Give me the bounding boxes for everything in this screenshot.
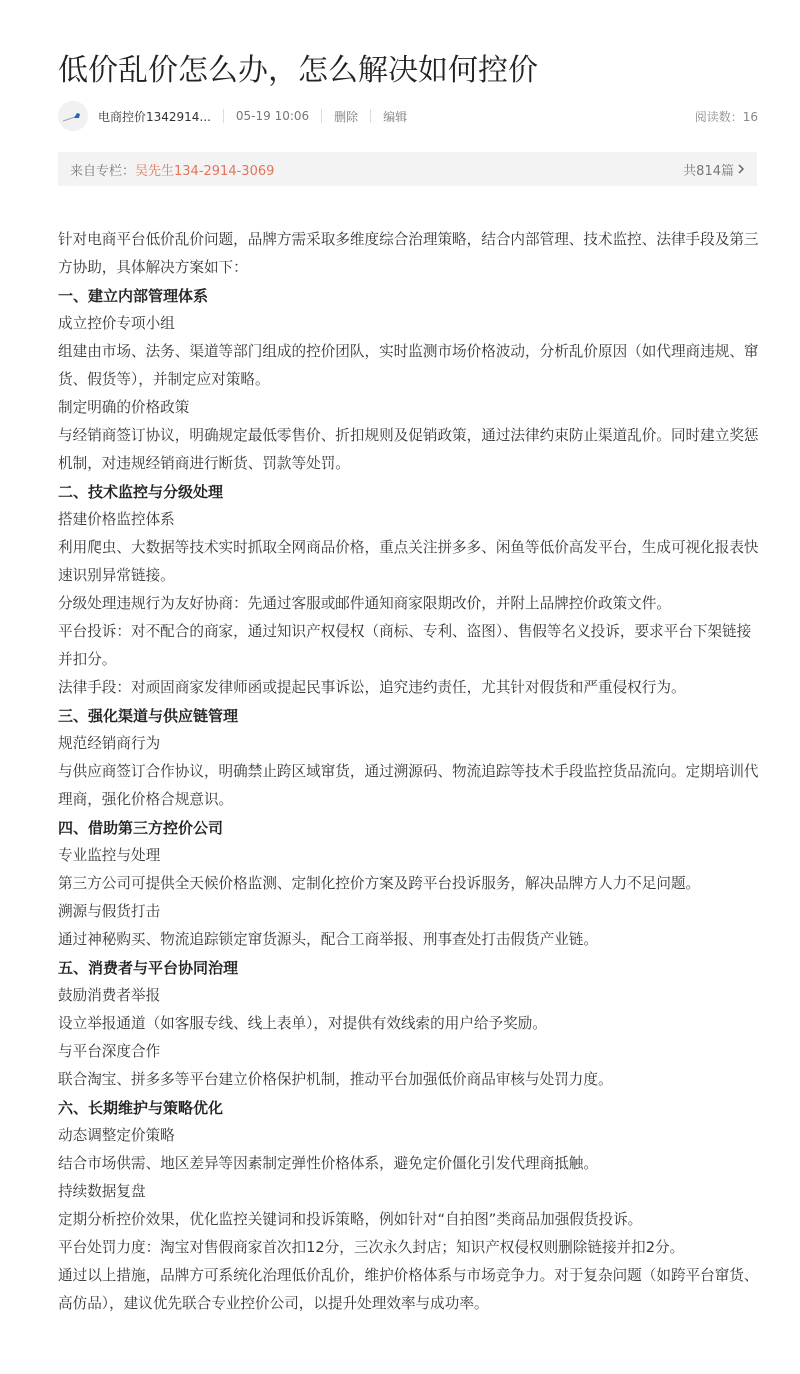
publish-date: 05-19 10:06: [236, 109, 309, 123]
paragraph: 搭建价格监控体系: [58, 506, 763, 534]
section-heading: 五、消费者与平台协同治理: [58, 954, 763, 982]
divider: [223, 109, 224, 123]
divider: [370, 109, 371, 123]
section-heading: 一、建立内部管理体系: [58, 282, 763, 310]
paragraph: 持续数据复盘: [58, 1178, 763, 1206]
paragraph: 针对电商平台低价乱价问题，品牌方需采取多维度综合治理策略，结合内部管理、技术监控…: [58, 226, 763, 282]
paragraph: 组建由市场、法务、渠道等部门组成的控价团队，实时监测市场价格波动，分析乱价原因（…: [58, 338, 763, 394]
chevron-right-icon: [737, 164, 745, 174]
article-body: 针对电商平台低价乱价问题，品牌方需采取多维度综合治理策略，结合内部管理、技术监控…: [58, 226, 763, 1318]
paragraph: 与平台深度合作: [58, 1038, 763, 1066]
paragraph: 结合市场供需、地区差异等因素制定弹性价格体系，避免定价僵化引发代理商抵触。: [58, 1150, 763, 1178]
paragraph: 鼓励消费者举报: [58, 982, 763, 1010]
paragraph: 利用爬虫、大数据等技术实时抓取全网商品价格，重点关注拼多多、闲鱼等低价高发平台，…: [58, 534, 763, 590]
article-page: 低价乱价怎么办，怎么解决如何控价 电商控价1342914... 05-19 10…: [0, 0, 800, 1374]
section-heading: 三、强化渠道与供应链管理: [58, 702, 763, 730]
delete-link[interactable]: 删除: [334, 108, 358, 125]
paragraph: 联合淘宝、拼多多等平台建立价格保护机制，推动平台加强低价商品审核与处罚力度。: [58, 1066, 763, 1094]
read-count-label: 阅读数：: [695, 110, 743, 124]
paragraph: 溯源与假货打击: [58, 898, 763, 926]
column-label: 来自专栏：: [70, 160, 135, 179]
paragraph: 第三方公司可提供全天候价格监测、定制化控价方案及跨平台投诉服务，解决品牌方人力不…: [58, 870, 763, 898]
paragraph: 分级处理违规行为友好协商：先通过客服或邮件通知商家限期改价，并附上品牌控价政策文…: [58, 590, 763, 618]
paragraph: 通过以上措施，品牌方可系统化治理低价乱价，维护价格体系与市场竞争力。对于复杂问题…: [58, 1262, 763, 1318]
divider: [321, 109, 322, 123]
section-heading: 四、借助第三方控价公司: [58, 814, 763, 842]
column-name-link[interactable]: 吴先生134-2914-3069: [135, 160, 274, 179]
paragraph: 与供应商签订合作协议，明确禁止跨区域窜货，通过溯源码、物流追踪等技术手段监控货品…: [58, 758, 763, 814]
avatar[interactable]: [58, 101, 88, 131]
column-article-count: 共814篇: [683, 160, 734, 179]
column-article-count-link[interactable]: 共814篇: [683, 160, 745, 179]
paragraph: 平台投诉：对不配合的商家，通过知识产权侵权（商标、专利、盗图）、售假等名义投诉，…: [58, 618, 763, 674]
edit-link[interactable]: 编辑: [383, 108, 407, 125]
paragraph: 规范经销商行为: [58, 730, 763, 758]
paragraph: 专业监控与处理: [58, 842, 763, 870]
article-meta: 电商控价1342914... 05-19 10:06 删除 编辑 阅读数：16: [58, 100, 758, 132]
paragraph: 定期分析控价效果，优化监控关键词和投诉策略，例如针对“自拍图”类商品加强假货投诉…: [58, 1206, 763, 1234]
paragraph: 平台处罚力度：淘宝对售假商家首次扣12分，三次永久封店；知识产权侵权则删除链接并…: [58, 1234, 763, 1262]
paragraph: 设立举报通道（如客服专线、线上表单），对提供有效线索的用户给予奖励。: [58, 1010, 763, 1038]
read-count: 阅读数：16: [695, 108, 758, 125]
paragraph: 与经销商签订协议，明确规定最低零售价、折扣规则及促销政策，通过法律约束防止渠道乱…: [58, 422, 763, 478]
read-count-value: 16: [743, 110, 758, 124]
column-source-bar: 来自专栏： 吴先生134-2914-3069 共814篇: [58, 152, 757, 186]
paragraph: 法律手段：对顽固商家发律师函或提起民事诉讼，追究违约责任，尤其针对假货和严重侵权…: [58, 674, 763, 702]
avatar-bird-icon: [58, 101, 88, 131]
article-title: 低价乱价怎么办，怎么解决如何控价: [58, 50, 538, 92]
paragraph: 动态调整定价策略: [58, 1122, 763, 1150]
paragraph: 成立控价专项小组: [58, 310, 763, 338]
section-heading: 二、技术监控与分级处理: [58, 478, 763, 506]
author-name[interactable]: 电商控价1342914...: [98, 108, 211, 125]
section-heading: 六、长期维护与策略优化: [58, 1094, 763, 1122]
paragraph: 通过神秘购买、物流追踪锁定窜货源头，配合工商举报、刑事查处打击假货产业链。: [58, 926, 763, 954]
paragraph: 制定明确的价格政策: [58, 394, 763, 422]
